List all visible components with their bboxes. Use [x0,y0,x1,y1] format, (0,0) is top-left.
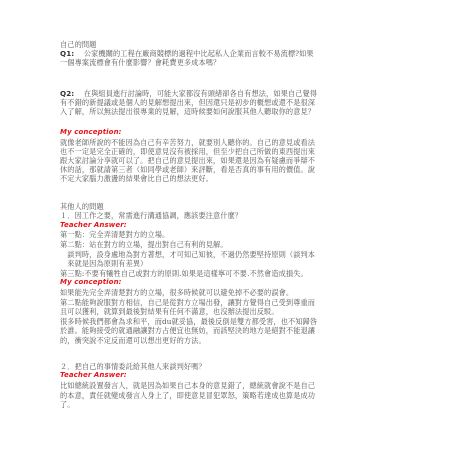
my-conception-label: My conception: [60,128,122,137]
q1-label: Q1: [60,49,74,58]
answer-line-1: 第一點：完全弄清楚對方的立場。 [60,230,169,239]
conception-line-2: 也不一定是完全正確的，即使意見沒有被採用，但至少把自己所做的東西提出來 [60,147,315,156]
answer-line-2: 的本意，責任就變成發言人身上了，即使意見冒犯眾怒，策略若達成也算是成功 [60,391,315,400]
conception-line-2: 第二點能夠說服對方相信，自己是從對方立場出發，讓對方覺得自己受到尊重而 [60,298,315,307]
answer-line-4: 來就是因為原則有差異） [60,259,147,268]
answer-line-3: 談判時，設身處地為對方著想，才可知己知彼，不過仍然要堅持原則（談判本 [60,250,315,259]
teacher-answer-label: Teacher Answer: [60,371,127,380]
q2-line-3: 入了解，所以無法提出很專業的見解，這時候要如何說服其他人聽取你的意見？ [60,107,315,116]
conception-line-6: 的，衝突說不定反而還可以想出更好的方法。 [60,336,206,345]
my-conception-label: My conception: [60,278,122,287]
answer-line-1: 比如總統設置發言人，就是因為如果自己本身的意見錯了，總統就會說不是自己 [60,381,315,390]
others-q2-title: ２．把自己的事情委託給其他人來談判好嗎？ [60,362,206,371]
answer-line-2: 第二點：站在對方的立場，提出對自己有利的見解。 [60,240,228,249]
section-heading: 其他人的問題 [60,202,104,211]
q2-line-2: 有不錯的新提議或是個人的見解想提出來，但因還只是初步的概想或還不是很深 [60,98,315,107]
q1-line-1: Q1: 公家機關的工程在廠商競標的過程中比起私人企業而言較不易流標?如果 [60,49,314,58]
others-q1-title: １．因工作之要，常需進行溝通協調，應該要注意什麼？ [60,211,242,220]
answer-line-5: 第三點:不要有犧牲自己或對方的原則.如果是這樣寧可不要.不然會造成損失。 [60,269,308,278]
q2-label: Q2: [60,89,74,98]
document-page: 自己的問題 Q1: 公家機關的工程在廠商競標的過程中比起私人企業而言較不易流標?… [0,0,453,453]
conception-line-4: 很多時候我們都會為求和平，而du就妥協，最後反倒是雙方都受害，也不知歸咎 [60,317,317,326]
conception-line-5: 於誰。能夠接受的就通融讓對方占便宜也無妨，而該堅決的地方是絕對不能退讓 [60,326,315,335]
q1-line-2: 一個專案流標會有什麼影響？會耗費更多成本嗎？ [60,58,220,67]
conception-line-3: 且可以獲利，就算到最後對結果有任何不滿意，也沒辦法提出反駁。 [60,307,279,316]
conception-line-1: 如果能先完全弄清楚對方的立場，很多時候就可以避免掉不必要的誤會。 [60,288,293,297]
conception-line-3: 跟大家討論分享就可以了。把自己的意見提出來，如果還是因為有疑慮而爭辯不 [60,156,315,165]
conception-line-5: 不定大家腦力激盪的結果會比自己的想法更好。 [60,174,213,183]
q2-line-1: Q2: 在與組員進行討論時，可能大家都沒有頭緒卻各自有想法，如果自己覺得 [60,89,317,98]
answer-line-3: 了。 [60,400,75,409]
conception-line-1: 就像老師所說的不能因為自己有辛苦努力，就要別人聽你的。自己的意見或看法 [60,138,315,147]
conception-line-4: 休的話，那就請第三者（如同學或老師）來評斷，看是否真的事有用的價值。說 [60,165,315,174]
section-heading: 自己的問題 [60,40,96,49]
teacher-answer-label: Teacher Answer: [60,221,127,230]
